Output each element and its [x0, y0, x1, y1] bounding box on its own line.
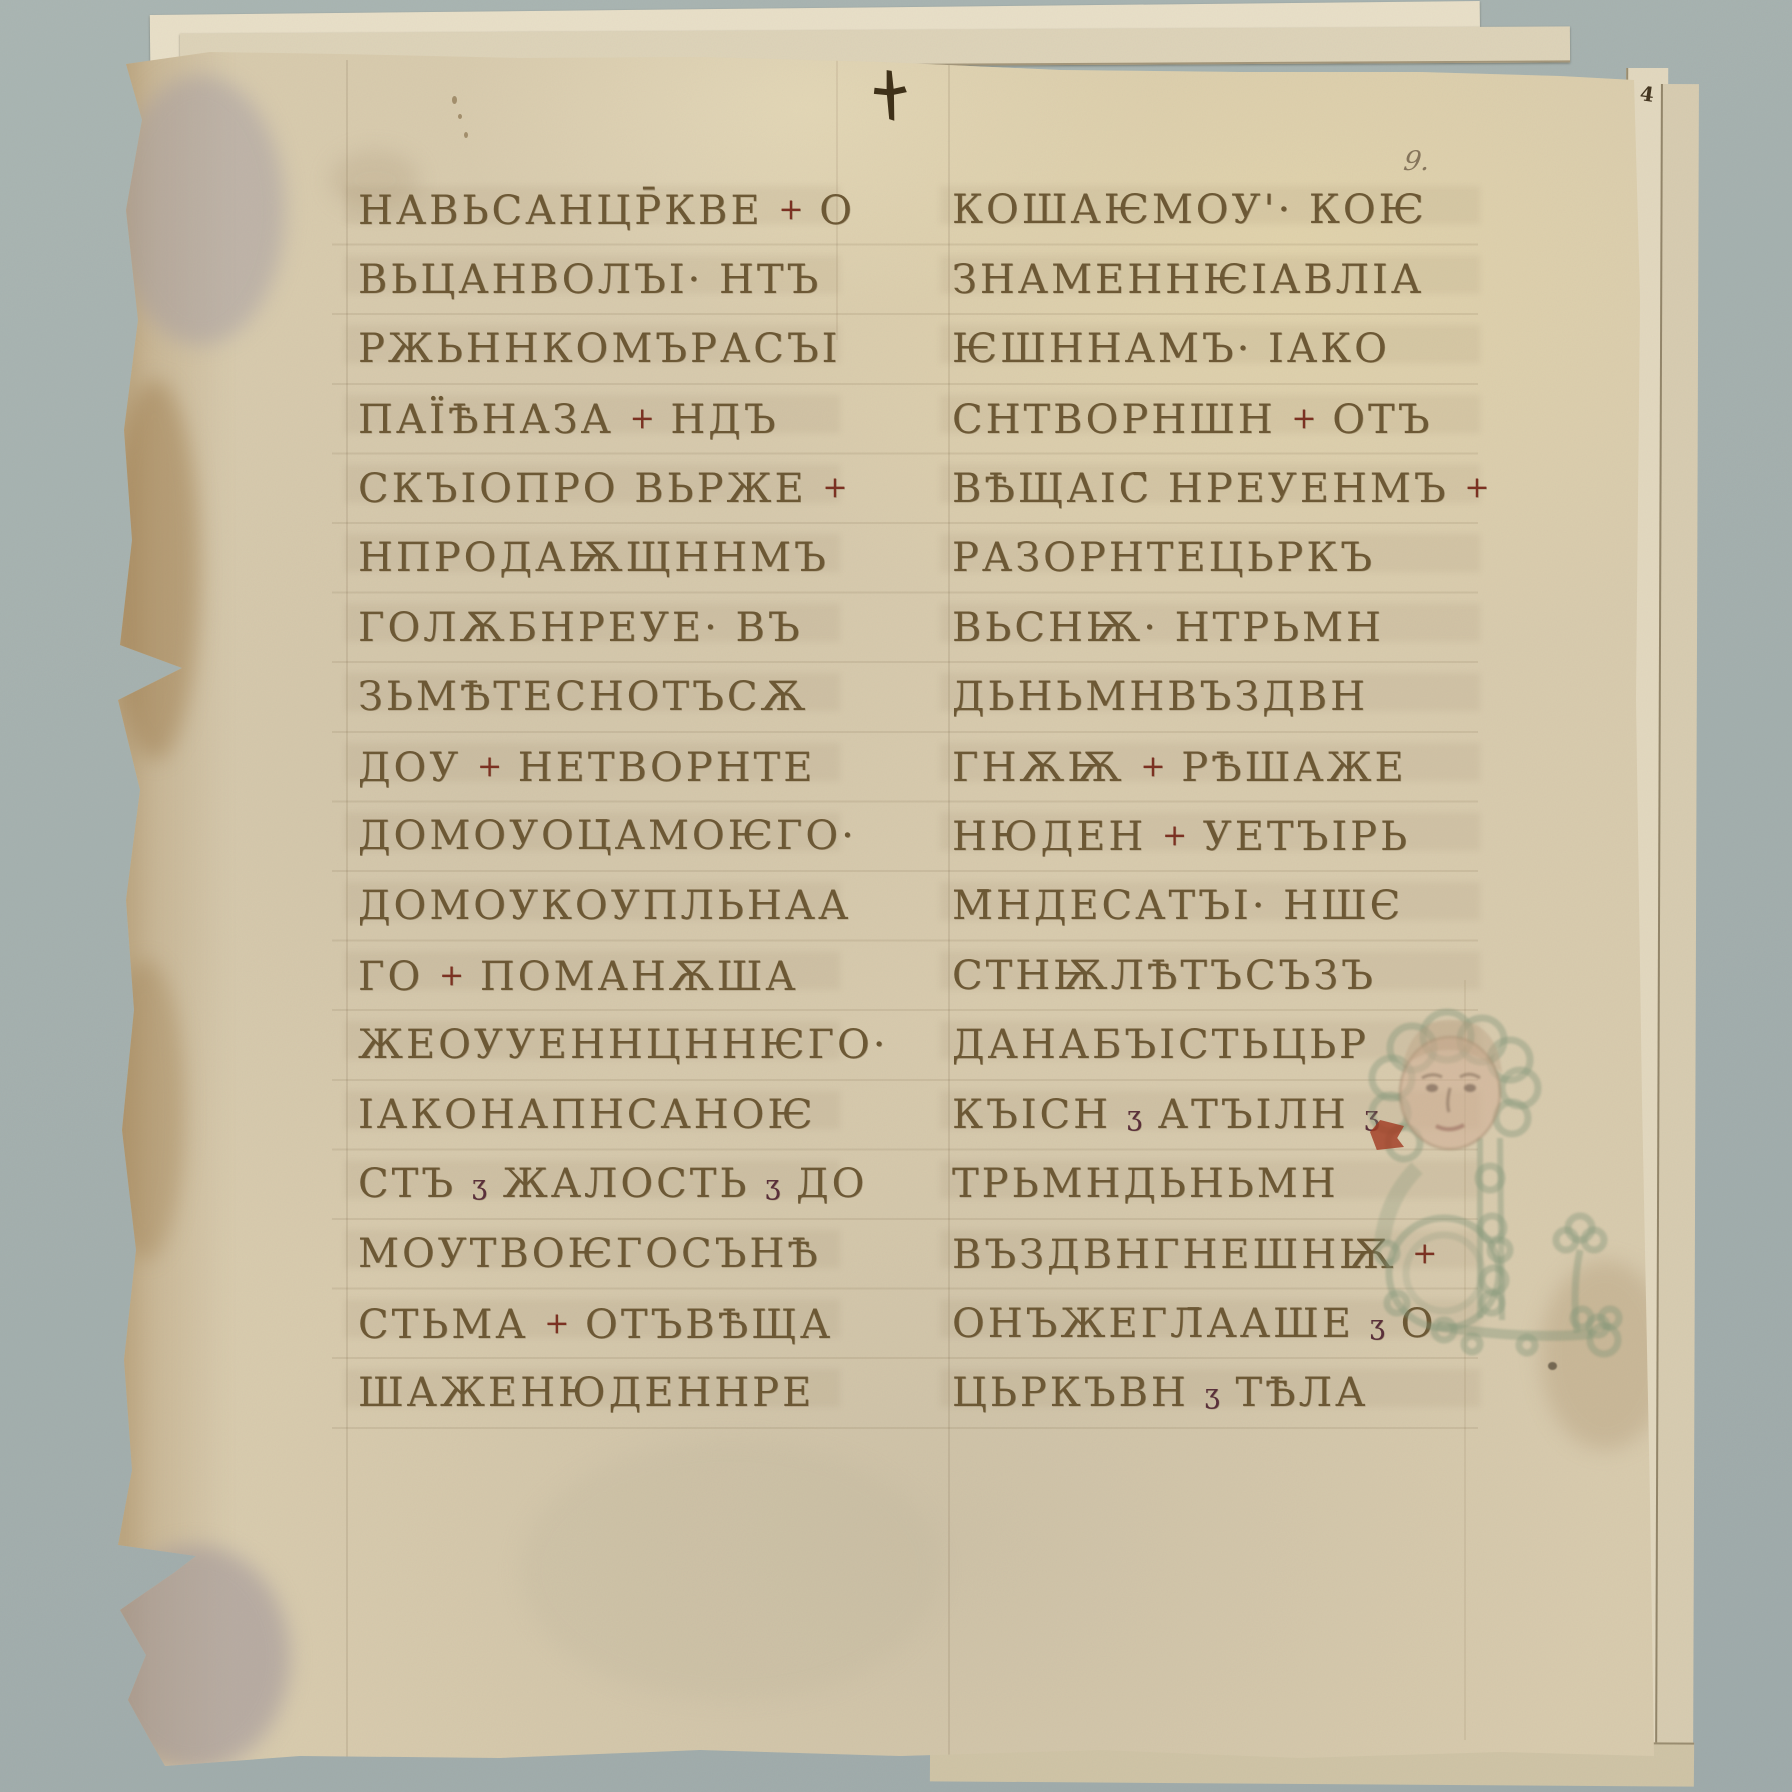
- text-line: РЖЬННКОМЪРАСЪІ: [358, 317, 889, 387]
- photo-backdrop: 4 9. НАВЬСАНЦР̄КВЕ + ОВЬЦАНВОЛЪІ· НТЪРЖЬ: [0, 0, 1792, 1792]
- text-line: ДЬНЬМНВЪЗДВН: [952, 665, 1490, 735]
- stain: [105, 960, 185, 1260]
- text-line: ПАЇѢНАЗА + НДЪ: [358, 387, 889, 457]
- text-line: ЗНАМЕННѤІАВЛІА: [952, 248, 1490, 318]
- text-line: СТЬМА + ОТЪВѢЩА: [358, 1292, 889, 1362]
- text-line: ВЬЦАНВОЛЪІ· НТЪ: [358, 248, 889, 318]
- text-line: ЖЕОУУЕННЦННѤГО·: [358, 1013, 889, 1083]
- manuscript-page: 9. НАВЬСАНЦР̄КВЕ + ОВЬЦАНВОЛЪІ· НТЪРЖЬНН…: [0, 0, 1792, 1792]
- text-line: ГНѪѬ + РѢШАЖЕ: [952, 735, 1490, 805]
- text-line: М̄НДЕСАТЪІ· НШЄ: [952, 874, 1490, 944]
- text-line: ДОМОУОЦ̄АМОѤГО·: [358, 804, 889, 874]
- text-line: ЗЬМѢТЕСНОТЪСѪ: [358, 665, 889, 735]
- stain: [100, 1545, 290, 1770]
- text-line: НЮДЕН + УЕТЪІРЬ: [952, 804, 1490, 874]
- text-line: ѤШННАМЪ· ІАКО: [952, 317, 1490, 387]
- text-line: РАЗОРНТЕЦЬРКЪ: [952, 526, 1490, 596]
- text-line: КОШАѤМОУ'· КОѤ: [952, 178, 1490, 248]
- text-column-left: НАВЬСАНЦР̄КВЕ + ОВЬЦАНВОЛЪІ· НТЪРЖЬННКОМ…: [358, 178, 889, 1431]
- text-line: ШАЖЕНЮДЕННРЕ: [358, 1361, 889, 1431]
- text-line: НАВЬСАНЦР̄КВЕ + О: [358, 178, 889, 248]
- stacked-leaf-edge-right-2: [1655, 84, 1699, 1774]
- text-line: ВЬСНѬ· НТРЬМН: [952, 596, 1490, 666]
- ghost-initial-with-face: [1352, 988, 1662, 1388]
- dark-speck: [1548, 1362, 1557, 1370]
- text-line: СНТВОРНШН + ОТЪ: [952, 387, 1490, 457]
- heading-cross-icon: [868, 68, 912, 124]
- text-line: НПРОДАѬЩННМЪ: [358, 526, 889, 596]
- stain: [110, 380, 200, 760]
- text-line: МОУТВОѤГОСЪНѢ: [358, 1222, 889, 1292]
- text-line: ІАКОНАПНСАНОѤ: [358, 1083, 889, 1153]
- text-line: ДОМОУКОУПЛЬНАА: [358, 874, 889, 944]
- stain: [115, 75, 285, 345]
- text-line: ГОЛѪБНРЕУЕ· ВЪ: [358, 596, 889, 666]
- text-line: ГО + ПОМАНѪША: [358, 944, 889, 1014]
- text-line: ВѢЩАІС̄ НРЕУЕНМЪ +: [952, 456, 1490, 526]
- stain: [520, 1440, 940, 1700]
- text-line: СТЪ ʒ ЖАЛОСТЬ ʒ ДО: [358, 1152, 889, 1222]
- folio-number: 9.: [1402, 146, 1432, 177]
- text-line: ДОУ + НЕТВОРНТЕ: [358, 735, 889, 805]
- text-line: СКЪІОПРО ВЬРЖЕ +: [358, 456, 889, 526]
